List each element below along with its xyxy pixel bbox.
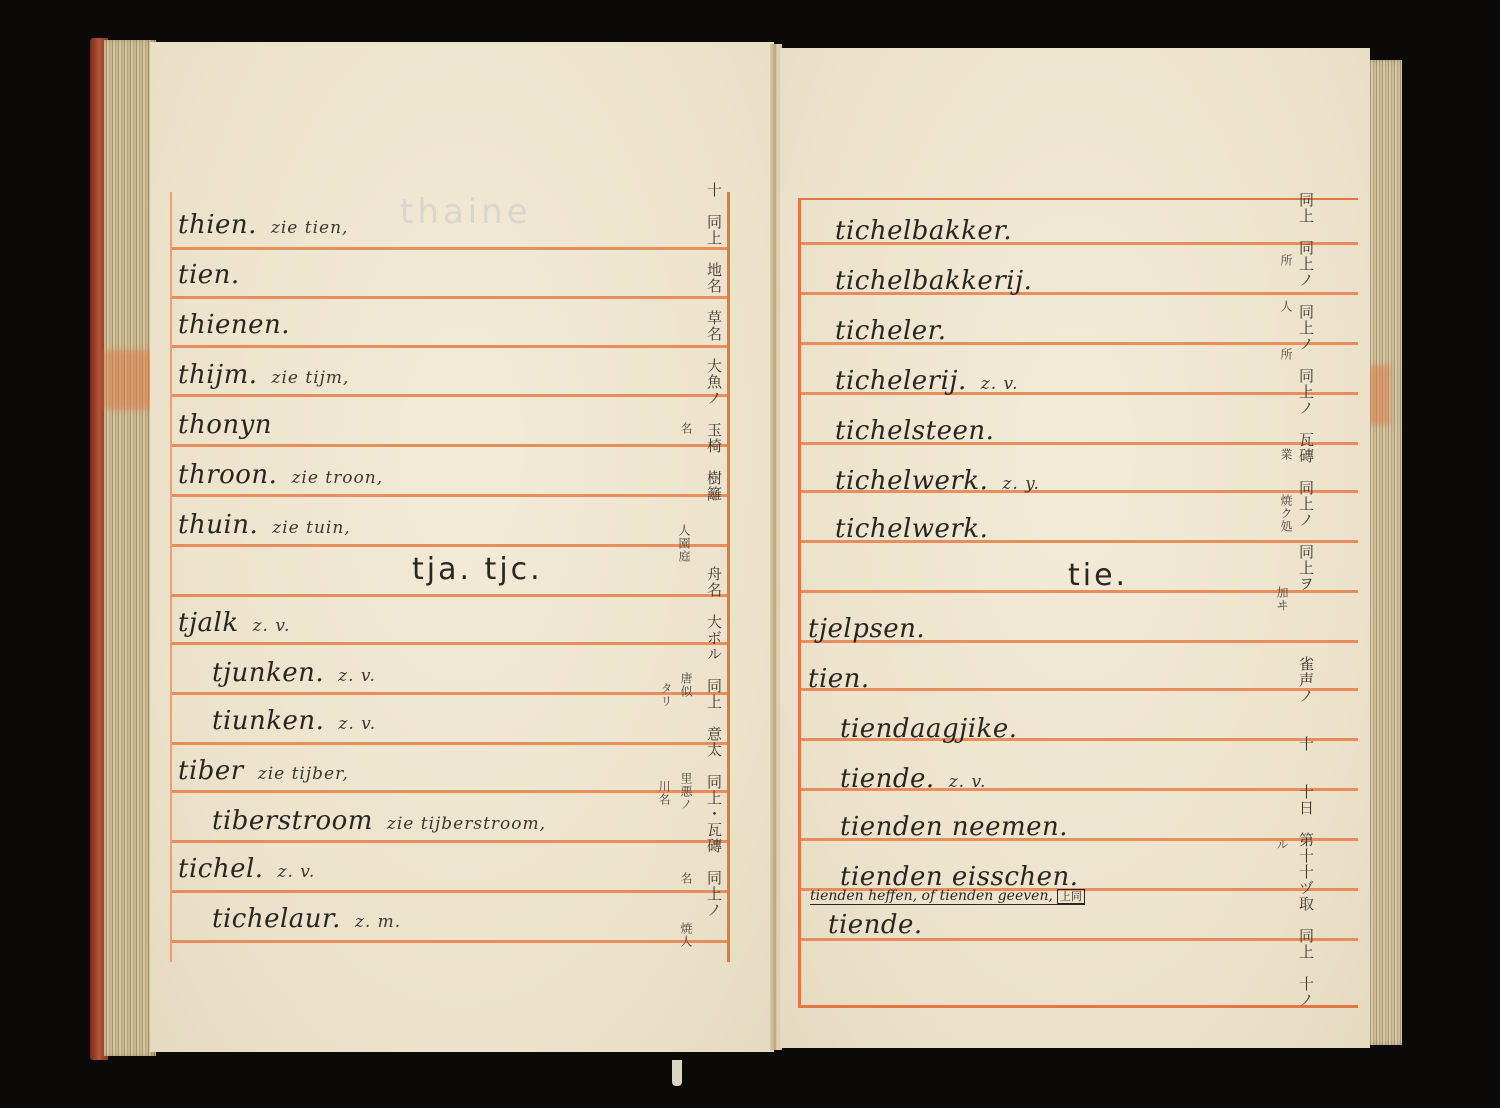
section-heading: tie. (1068, 558, 1128, 593)
dictionary-entry: thonyn (178, 410, 286, 440)
japanese-gloss-secondary: ル (1276, 838, 1288, 851)
left-page: thaine thien.zie tien, tien. thienen. th… (150, 42, 774, 1052)
dictionary-entry: tienden neemen. (840, 812, 1082, 842)
japanese-gloss-secondary: 業 (1280, 448, 1292, 461)
dictionary-entry: tichelaur.z. m. (212, 904, 401, 934)
dictionary-entry: tien. (808, 664, 884, 694)
dictionary-entry: tien. (178, 260, 254, 290)
section-heading: tja. tjc. (412, 552, 543, 587)
dictionary-entry: throon.zie troon, (178, 460, 383, 490)
dictionary-entry: tiende. (828, 910, 937, 940)
japanese-gloss-secondary: 加ヰ (1276, 586, 1288, 612)
open-book: thaine thien.zie tien, tien. thienen. th… (0, 0, 1500, 1108)
japanese-gloss-secondary: 名 (680, 872, 692, 885)
page-block-left (104, 40, 156, 1056)
japanese-gloss-column: 十 同上 地名 草名 大魚ノ 玉椅 樹籬 舟名 大ボル 同上 意太 同上・瓦磚 … (706, 182, 721, 972)
dictionary-entry: tichelwerk. (835, 514, 1002, 544)
japanese-gloss-secondary: 所 (1280, 254, 1292, 267)
japanese-gloss-secondary: 所 (1280, 348, 1292, 361)
dictionary-entry: tiunken.z. v. (212, 706, 376, 736)
dictionary-entry: tichelbakker. (835, 216, 1026, 246)
dictionary-entry: tiende.z. v. (840, 764, 986, 794)
japanese-gloss-secondary: 唐似 (680, 672, 692, 698)
japanese-gloss-secondary: 焼人 (680, 922, 692, 948)
dictionary-entry: tjunken.z. v. (212, 658, 376, 688)
right-page: tichelbakker. tichelbakkerij. ticheler. … (780, 48, 1370, 1048)
japanese-gloss-secondary: 里悪ノ (680, 772, 692, 811)
dictionary-entry: ticheler. (835, 316, 961, 346)
japanese-gloss-secondary: 名 (680, 422, 692, 435)
dictionary-entry: tiendaagjike. (840, 714, 1031, 744)
dictionary-entry: tiberstroomzie tijberstroom, (212, 806, 546, 836)
dictionary-entry: thien.zie tien, (178, 210, 348, 240)
dictionary-entry: tichel.z. v. (178, 854, 315, 884)
ribbon-bookmark (672, 1060, 682, 1086)
japanese-gloss-secondary: 人園庭 (678, 524, 690, 563)
dictionary-entry: tichelsteen. (835, 416, 1008, 446)
dictionary-entry: tichelbakkerij. (835, 266, 1046, 296)
dictionary-entry: tichelwerk.z. y. (835, 466, 1040, 496)
dictionary-entry: tichelerij.z. v. (835, 366, 1019, 396)
japanese-gloss-tertiary: タリ (660, 682, 672, 708)
japanese-gloss-secondary: 人 (1280, 300, 1292, 313)
dictionary-entry: tjelpsen. (808, 614, 939, 644)
japanese-gloss-column: 同上 同上ノ 同上ノ 同上ノ 瓦磚 同上ノ 同上ヲ 雀声ノ 十 十日 第十十ヅ取… (1298, 192, 1313, 1012)
dictionary-entry: tiberzie tijber, (178, 756, 349, 786)
dictionary-entry: tjalkz. v. (178, 608, 290, 638)
japanese-gloss-secondary: 焼ク処 (1280, 494, 1292, 533)
annotation-note: tienden heffen, of tienden geeven,上同 (810, 888, 1085, 905)
dictionary-entry: thijm.zie tijm, (178, 360, 349, 390)
dictionary-entry: thienen. (178, 310, 304, 340)
japanese-gloss-tertiary: 川名 (658, 780, 670, 806)
dictionary-entry: thuin.zie tuin, (178, 510, 351, 540)
